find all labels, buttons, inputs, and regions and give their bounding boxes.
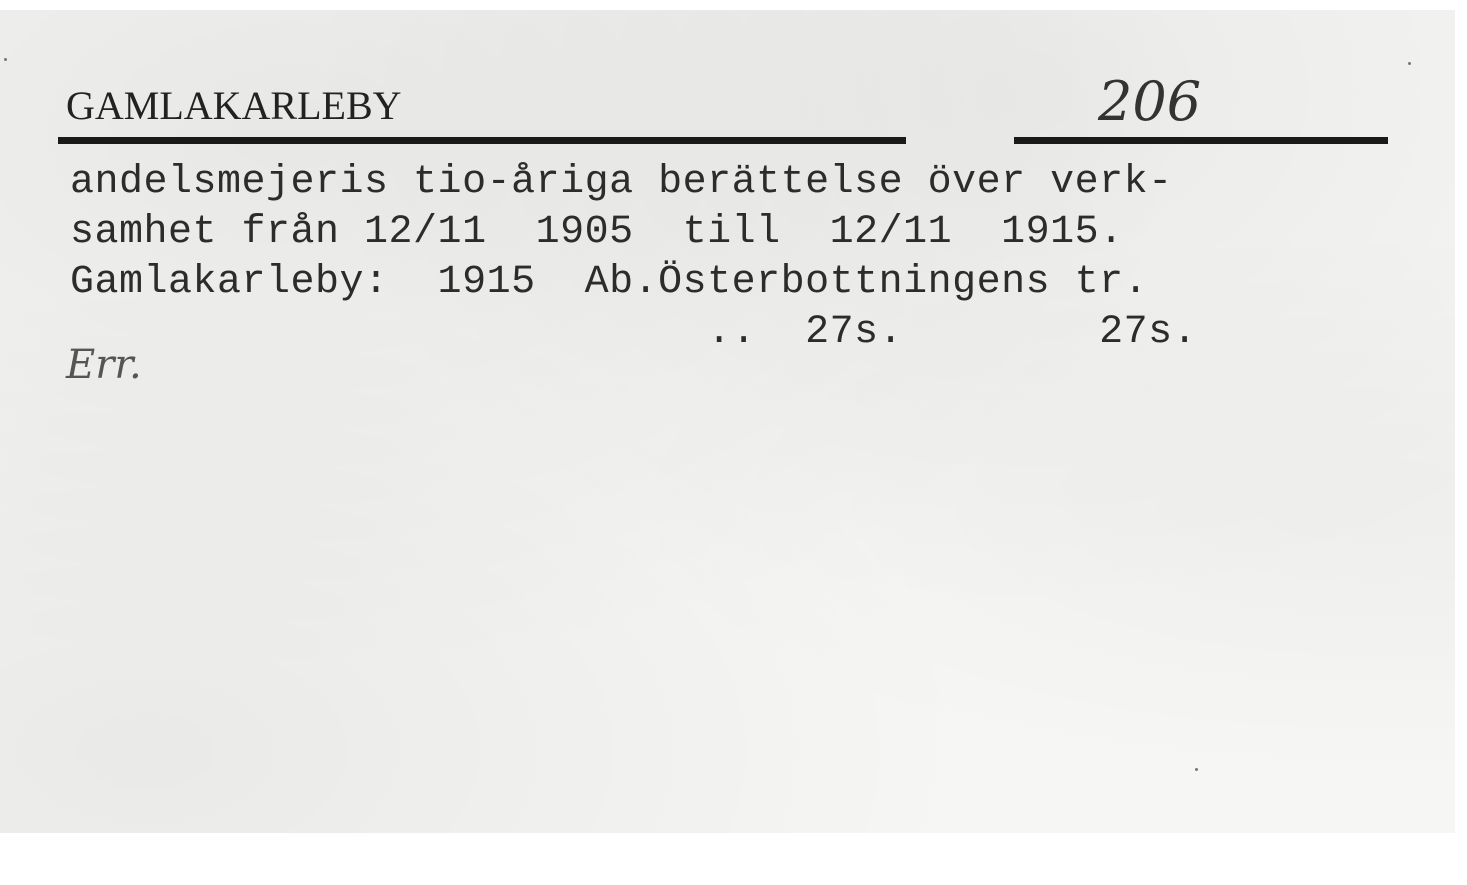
shelf-mark: 206 [1098, 70, 1201, 133]
body-line-imprint: Gamlakarleby: 1915 Ab.Österbottningens t… [70, 260, 1148, 305]
catalog-card: GAMLAKARLEBY 206 andelsmejeris tio-åriga… [0, 10, 1455, 833]
handwritten-note: Err. [66, 342, 142, 388]
shelf-mark-underline [1014, 137, 1388, 144]
body-line-dates: samhet från 12/11 1905 till 12/11 1915. [70, 210, 1124, 255]
paper-speck [1408, 62, 1411, 65]
card-heading: GAMLAKARLEBY [66, 82, 402, 129]
heading-underline [58, 137, 906, 144]
body-line-title: andelsmejeris tio-åriga berättelse över … [70, 160, 1173, 205]
paper-speck [4, 58, 7, 61]
body-line-pagination: .. 27s. 27s. [70, 310, 1197, 355]
paper-speck [1195, 768, 1198, 771]
